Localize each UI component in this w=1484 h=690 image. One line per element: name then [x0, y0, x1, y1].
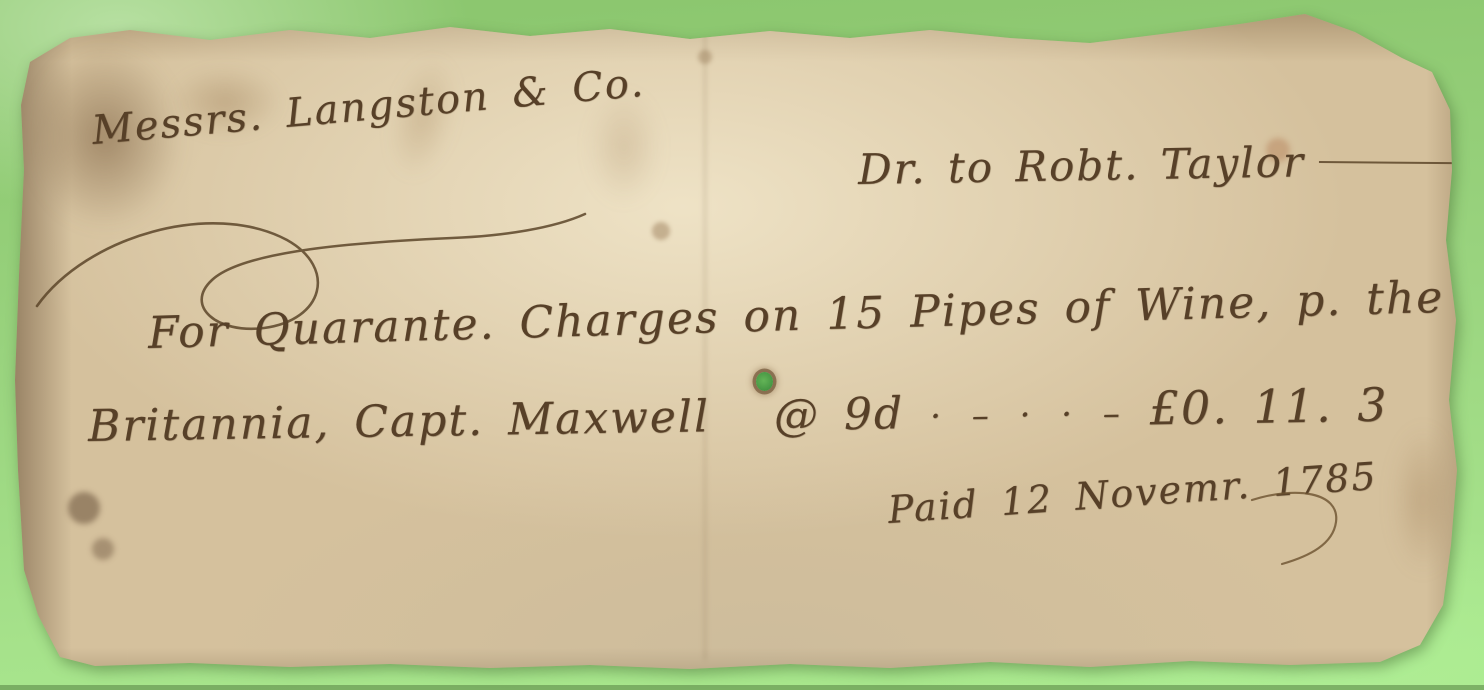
receipt-paper: Messrs. Langston & Co. Dr. to Robt. Tayl…: [0, 0, 1484, 690]
rate-text: @ 9d: [774, 388, 905, 441]
paper-stain: [652, 222, 670, 240]
paper-hole: [756, 372, 773, 391]
vessel-text: Britannia, Capt. Maxwell: [88, 391, 711, 452]
ink-dash: [1319, 161, 1469, 164]
addressee-line: Messrs. Langston & Co.: [90, 60, 647, 154]
debtor-text: Dr. to Robt. Taylor: [858, 137, 1306, 194]
ink-dash: [1458, 295, 1484, 301]
paper-crease: [703, 35, 707, 660]
paper-stain: [1392, 425, 1454, 575]
paper-stain: [92, 538, 114, 560]
paper-stain: [698, 50, 712, 64]
vessel-amount-line: Britannia, Capt. Maxwell @ 9d · – · · – …: [88, 378, 1389, 452]
amount-text: £0. 11. 3: [1149, 378, 1389, 436]
leader-dots: · – · · –: [930, 394, 1126, 437]
photo-background: Messrs. Langston & Co. Dr. to Robt. Tayl…: [0, 0, 1484, 690]
paper-shadow: Messrs. Langston & Co. Dr. to Robt. Tayl…: [0, 0, 1484, 690]
paper-stain: [68, 492, 100, 524]
debtor-line: Dr. to Robt. Taylor: [858, 134, 1470, 194]
addressee-text: Messrs. Langston & Co.: [90, 60, 647, 154]
paid-flourish: [1248, 482, 1358, 577]
